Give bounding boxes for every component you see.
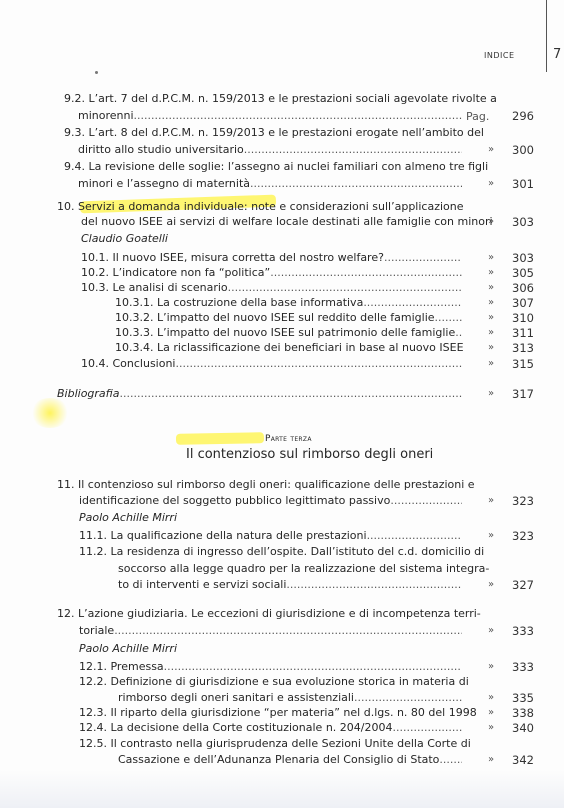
toc-entry-title-continued: identificazione del soggetto pubblico le… (79, 494, 462, 507)
toc-entry-title: 9.4. La revisione delle soglie: l’assegn… (64, 160, 488, 173)
toc-entry-title: Bibliografia ...........................… (57, 387, 462, 400)
book-page: INDICE 7 Parte terza Il contenzioso sul … (0, 0, 564, 808)
page-prefix: » (488, 692, 494, 703)
toc-page-number: 323 (512, 494, 534, 508)
toc-page-number: 333 (512, 624, 534, 638)
header-rule (546, 0, 547, 72)
dot-leader: ........................................… (286, 578, 462, 591)
toc-entry-title-continued: soccorso alla legge quadro per la realiz… (118, 562, 489, 575)
toc-entry-title: 10.3. Le analisi di scenario ...........… (81, 281, 462, 294)
dot-leader: ........................................… (363, 296, 462, 309)
page-prefix: » (488, 297, 494, 308)
page-number: 7 (553, 47, 561, 62)
page-prefix: » (488, 282, 494, 293)
toc-page-number: 303 (512, 251, 534, 265)
toc-page-number: 327 (512, 578, 534, 592)
page-prefix: » (488, 579, 494, 590)
chapter-author: Paolo Achille Mirri (79, 511, 177, 524)
page-prefix: » (488, 707, 494, 718)
dot-leader: ........................................… (435, 311, 462, 324)
dot-leader: ........................................… (392, 721, 462, 734)
toc-page-number: 335 (512, 691, 534, 705)
page-prefix: » (488, 495, 494, 506)
toc-page-number: 306 (512, 281, 534, 295)
toc-entry-title: 12.1. Premessa .........................… (79, 660, 462, 673)
toc-entry-title: 9.3. L’art. 8 del d.P.C.M. n. 159/2013 e… (64, 126, 484, 139)
speck (95, 71, 98, 74)
dot-leader: ........................................… (439, 753, 462, 766)
page-shadow (0, 770, 564, 808)
toc-entry-title: 12.4. La decisione della Corte costituzi… (79, 721, 462, 734)
dot-leader: ........................................… (354, 691, 462, 704)
dot-leader: ........................................… (164, 660, 462, 673)
dot-leader: ........................................… (455, 326, 462, 339)
page-prefix: » (488, 754, 494, 765)
dot-leader: ........................................… (270, 266, 462, 279)
toc-page-number: 300 (512, 143, 534, 157)
page-prefix: » (488, 252, 494, 263)
page-prefix: » (488, 327, 494, 338)
page-prefix: » (488, 388, 494, 399)
page-prefix: » (488, 530, 494, 541)
toc-entry-title: 10.3.1. La costruzione della base inform… (115, 296, 462, 309)
toc-page-number: 340 (512, 721, 534, 735)
dot-leader: ........................................… (390, 494, 462, 507)
toc-entry-title: 11.2. La residenza di ingresso dell’ospi… (79, 545, 484, 558)
page-prefix: Pag. (466, 110, 489, 123)
dot-leader: ........................................… (384, 251, 462, 264)
toc-entry-title-continued: del nuovo ISEE ai servizi di welfare loc… (81, 215, 493, 228)
dot-leader: ........................................… (114, 624, 462, 637)
toc-entry-title: 10.1. Il nuovo ISEE, misura corretta del… (81, 251, 462, 264)
toc-entry-title: 11.1. La qualificazione della natura del… (79, 529, 462, 542)
toc-entry-title-continued: to di interventi e servizi sociali .....… (118, 578, 462, 591)
page-prefix: » (488, 178, 494, 189)
toc-entry-title-continued: rimborso degli oneri sanitari e assisten… (118, 691, 462, 704)
dot-leader: ........................................… (250, 177, 462, 190)
toc-entry-title: 10. Servizi a domanda individuale: note … (57, 200, 464, 213)
toc-entry-title: 10.2. L’indicatore non fa “politica” ...… (81, 266, 462, 279)
toc-entry-title: 12.2. Definizione di giurisdizione e sua… (79, 675, 469, 688)
dot-leader: ........................................… (367, 529, 462, 542)
toc-page-number: 296 (512, 109, 534, 123)
dot-leader: ........................................… (244, 143, 462, 156)
toc-page-number: 317 (512, 387, 534, 401)
toc-entry-title: 12.5. Il contrasto nella giurisprudenza … (79, 737, 471, 750)
part-title: Il contenzioso sul rimborso degli oneri (186, 447, 433, 462)
toc-page-number: 310 (512, 311, 534, 325)
toc-page-number: 311 (512, 326, 534, 340)
toc-page-number: 333 (512, 660, 534, 674)
toc-entry-title: 10.4. Conclusioni ......................… (81, 357, 462, 370)
page-prefix: » (488, 267, 494, 278)
toc-entry-title: 12.3. Il riparto della giurisdizione “pe… (79, 706, 477, 719)
toc-entry-title: 10.3.4. La riclassificazione dei benefic… (115, 341, 464, 354)
chapter-author: Claudio Goatelli (81, 232, 168, 245)
toc-page-number: 338 (512, 706, 534, 720)
page-prefix: » (488, 312, 494, 323)
page-prefix: » (488, 625, 494, 636)
toc-page-number: 342 (512, 753, 534, 767)
dot-leader: ........................................… (134, 109, 462, 122)
page-prefix: » (488, 722, 494, 733)
toc-entry-title: 10.3.2. L’impatto del nuovo ISEE sul red… (115, 311, 462, 324)
toc-page-number: 305 (512, 266, 534, 280)
toc-page-number: 315 (512, 357, 534, 371)
toc-page-number: 323 (512, 529, 534, 543)
toc-entry-title: 10.3.3. L’impatto del nuovo ISEE sul pat… (115, 326, 462, 339)
toc-entry-title-continued: minorenni ..............................… (78, 109, 462, 122)
toc-page-number: 307 (512, 296, 534, 310)
dot-leader: ........................................… (228, 281, 462, 294)
dot-leader: ........................................… (120, 387, 462, 400)
toc-page-number: 303 (512, 215, 534, 229)
toc-entry-title: 11. Il contenzioso sul rimborso degli on… (57, 478, 475, 491)
toc-entry-title-continued: minori e l’assegno di maternità ........… (78, 177, 462, 190)
running-header: INDICE (484, 51, 515, 60)
toc-entry-title-continued: toriale ................................… (79, 624, 462, 637)
dot-leader: ........................................… (176, 357, 463, 370)
highlight-mark (176, 432, 264, 445)
toc-page-number: 313 (512, 341, 534, 355)
toc-entry-title: 12. L’azione giudiziaria. Le eccezioni d… (57, 607, 481, 620)
toc-entry-title-continued: diritto allo studio universitario ......… (78, 143, 462, 156)
page-prefix: » (488, 661, 494, 672)
part-label: Parte terza (265, 434, 312, 444)
highlight-smudge (30, 398, 70, 428)
toc-page-number: 301 (512, 177, 534, 191)
page-prefix: » (488, 144, 494, 155)
page-prefix: » (488, 358, 494, 369)
page-prefix: » (488, 342, 494, 353)
chapter-author: Paolo Achille Mirri (79, 642, 177, 655)
toc-entry-title-continued: Cassazione e dell’Adunanza Plenaria del … (118, 753, 462, 766)
toc-entry-title: 9.2. L’art. 7 del d.P.C.M. n. 159/2013 e… (64, 92, 497, 105)
